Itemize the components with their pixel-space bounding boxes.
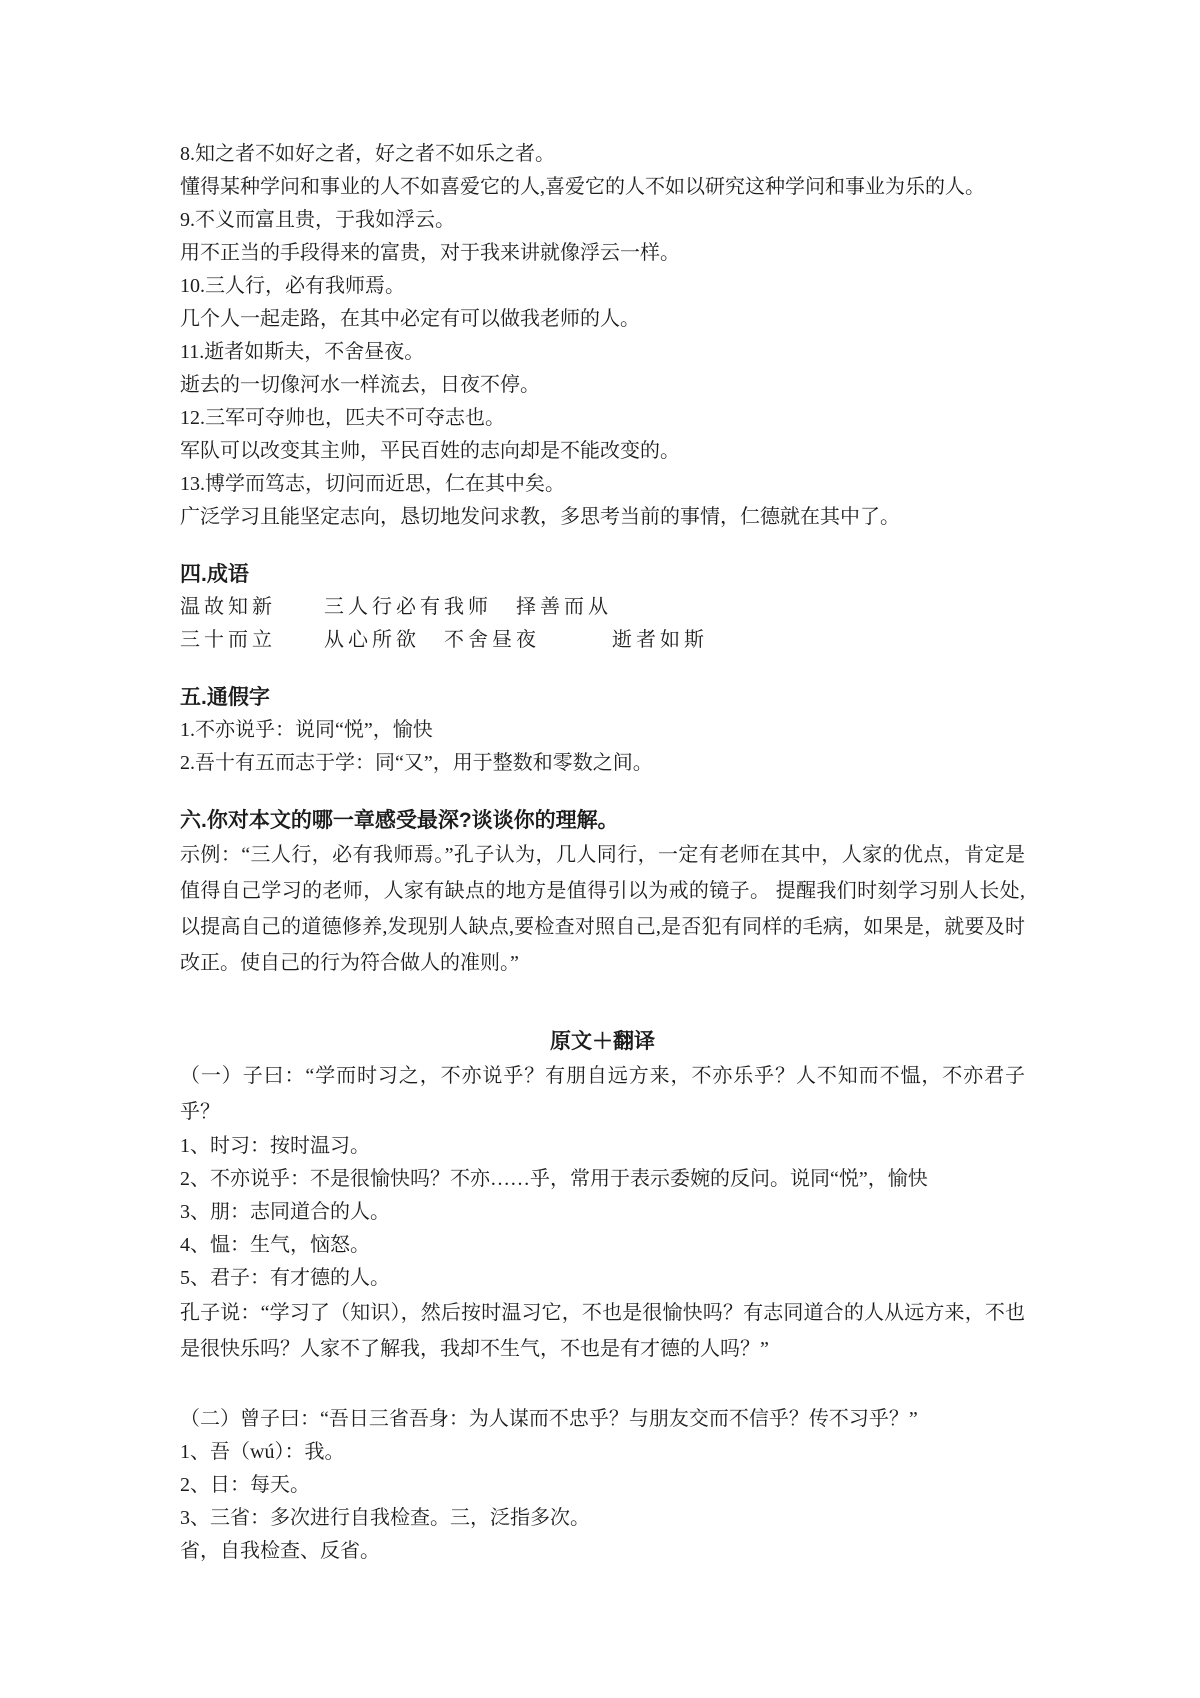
passage-note: 2、日：每天。 bbox=[180, 1469, 1025, 1502]
passage-note: 4、愠：生气，恼怒。 bbox=[180, 1229, 1025, 1262]
quote-translation: 几个人一起走路，在其中必定有可以做我老师的人。 bbox=[180, 303, 1025, 336]
passage-original: （二）曾子曰：“吾日三省吾身：为人谋而不忠乎？与朋友交而不信乎？传不习乎？” bbox=[180, 1403, 1025, 1436]
passage-note: 1、时习：按时温习。 bbox=[180, 1130, 1025, 1163]
tongjiazi-item: 1.不亦说乎：说同“悦”，愉快 bbox=[180, 714, 1025, 747]
comprehension-answer: 示例：“三人行，必有我师焉。”孔子认为，几人同行，一定有老师在其中，人家的优点，… bbox=[180, 837, 1025, 981]
tongjiazi-section: 五.通假字 1.不亦说乎：说同“悦”，愉快 2.吾十有五而志于学：同“又”，用于… bbox=[180, 681, 1025, 780]
quote-original: 12.三军可夺帅也，匹夫不可夺志也。 bbox=[180, 402, 1025, 435]
quote-translation: 广泛学习且能坚定志向，恳切地发问求教，多思考当前的事情，仁德就在其中了。 bbox=[180, 501, 1025, 534]
passage-translation: 孔子说：“学习了（知识），然后按时温习它，不也是很愉快吗？有志同道合的人从远方来… bbox=[180, 1295, 1025, 1367]
passage-note: 3、三省：多次进行自我检查。三，泛指多次。 bbox=[180, 1502, 1025, 1535]
idioms-section: 四.成语 温故知新 三人行必有我师 择善而从 三十而立 从心所欲 不舍昼夜 逝者… bbox=[180, 558, 1025, 657]
quote-translation: 懂得某种学问和事业的人不如喜爱它的人,喜爱它的人不如以研究这种学问和事业为乐的人… bbox=[180, 171, 1025, 204]
quote-original: 13.博学而笃志，切问而近思，仁在其中矣。 bbox=[180, 468, 1025, 501]
passage-one: （一）子曰：“学而时习之，不亦说乎？有朋自远方来，不亦乐乎？人不知而不愠，不亦君… bbox=[180, 1058, 1025, 1367]
idiom-row: 三十而立 从心所欲 不舍昼夜 逝者如斯 bbox=[180, 624, 1025, 657]
passage-note: 5、君子：有才德的人。 bbox=[180, 1262, 1025, 1295]
document-page: 8.知之者不如好之者，好之者不如乐之者。 懂得某种学问和事业的人不如喜爱它的人,… bbox=[0, 0, 1200, 1698]
idiom-row: 温故知新 三人行必有我师 择善而从 bbox=[180, 591, 1025, 624]
comprehension-heading: 六.你对本文的哪一章感受最深?谈谈你的理解。 bbox=[180, 804, 1025, 837]
passage-note: 3、朋：志同道合的人。 bbox=[180, 1196, 1025, 1229]
quote-original: 10.三人行，必有我师焉。 bbox=[180, 270, 1025, 303]
quote-translation: 军队可以改变其主帅，平民百姓的志向却是不能改变的。 bbox=[180, 435, 1025, 468]
quote-translation: 逝去的一切像河水一样流去，日夜不停。 bbox=[180, 369, 1025, 402]
passage-note: 1、吾（wú）：我。 bbox=[180, 1436, 1025, 1469]
passage-note: 省，自我检查、反省。 bbox=[180, 1535, 1025, 1568]
translation-heading: 原文＋翻译 bbox=[180, 1025, 1025, 1058]
tongjiazi-heading: 五.通假字 bbox=[180, 681, 1025, 714]
passage-two: （二）曾子曰：“吾日三省吾身：为人谋而不忠乎？与朋友交而不信乎？传不习乎？” 1… bbox=[180, 1403, 1025, 1568]
passage-original: （一）子曰：“学而时习之，不亦说乎？有朋自远方来，不亦乐乎？人不知而不愠，不亦君… bbox=[180, 1058, 1025, 1130]
quote-translation: 用不正当的手段得来的富贵，对于我来讲就像浮云一样。 bbox=[180, 237, 1025, 270]
comprehension-section: 六.你对本文的哪一章感受最深?谈谈你的理解。 示例：“三人行，必有我师焉。”孔子… bbox=[180, 804, 1025, 981]
translation-section: 原文＋翻译 （一）子曰：“学而时习之，不亦说乎？有朋自远方来，不亦乐乎？人不知而… bbox=[180, 1025, 1025, 1568]
quotes-section: 8.知之者不如好之者，好之者不如乐之者。 懂得某种学问和事业的人不如喜爱它的人,… bbox=[180, 138, 1025, 534]
quote-original: 8.知之者不如好之者，好之者不如乐之者。 bbox=[180, 138, 1025, 171]
quote-original: 9.不义而富且贵，于我如浮云。 bbox=[180, 204, 1025, 237]
passage-note: 2、不亦说乎：不是很愉快吗？不亦……乎，常用于表示委婉的反问。说同“悦”，愉快 bbox=[180, 1163, 1025, 1196]
idioms-heading: 四.成语 bbox=[180, 558, 1025, 591]
quote-original: 11.逝者如斯夫，不舍昼夜。 bbox=[180, 336, 1025, 369]
tongjiazi-item: 2.吾十有五而志于学：同“又”，用于整数和零数之间。 bbox=[180, 747, 1025, 780]
